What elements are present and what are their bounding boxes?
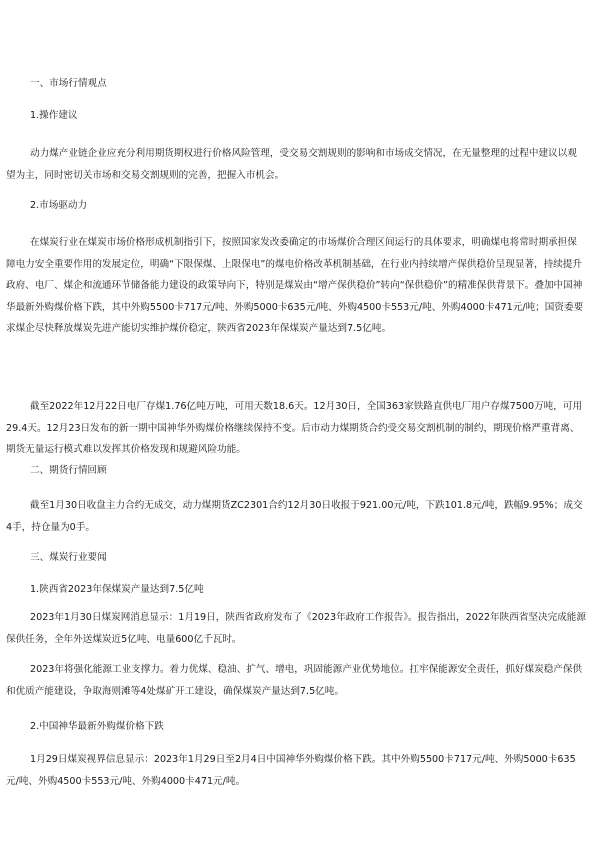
paragraph-inventory: 截至2022年12月22日电厂存煤1.76亿吨万吨，可用天数18.6天。12月3… — [6, 396, 586, 461]
subheading-shenhua-price: 2.中国神华最新外购煤价格下跌 — [30, 720, 164, 734]
paragraph-shaanxi-2023-plan: 2023年将强化能源工业支撑力。着力优煤、稳油、扩气、增电，巩固能源产业优势地位… — [6, 659, 586, 702]
paragraph-shenhua-price: 1月29日煤炭视界信息显示：2023年1月29日至2月4日中国神华外购煤价格下跌… — [6, 749, 586, 792]
section-heading-futures-review: 二、期货行情回顾 — [30, 464, 107, 478]
paragraph-market-drivers: 在煤炭行业在煤炭市场价格形成机制指引下，按照国家发改委确定的市场煤价合理区间运行… — [6, 232, 586, 340]
section-heading-market-view: 一、市场行情观点 — [30, 77, 107, 91]
paragraph-operation-advice: 动力煤产业链企业应充分利用期货期权进行价格风险管理，受交易交割规则的影响和市场成… — [6, 143, 586, 186]
section-heading-industry-news: 三、煤炭行业要闻 — [30, 551, 107, 565]
subheading-operation-advice: 1.操作建议 — [30, 109, 78, 123]
subheading-shaanxi-output: 1.陕西省2023年保煤炭产量达到7.5亿吨 — [30, 583, 204, 597]
paragraph-shaanxi-report: 2023年1月30日煤炭网消息显示：1月19日，陕西省政府发布了《2023年政府… — [6, 607, 586, 650]
paragraph-futures-review: 截至1月30日收盘主力合约无成交，动力煤期货ZC2301合约12月30日收报于9… — [6, 495, 586, 538]
subheading-market-drivers: 2.市场驱动力 — [30, 199, 87, 213]
